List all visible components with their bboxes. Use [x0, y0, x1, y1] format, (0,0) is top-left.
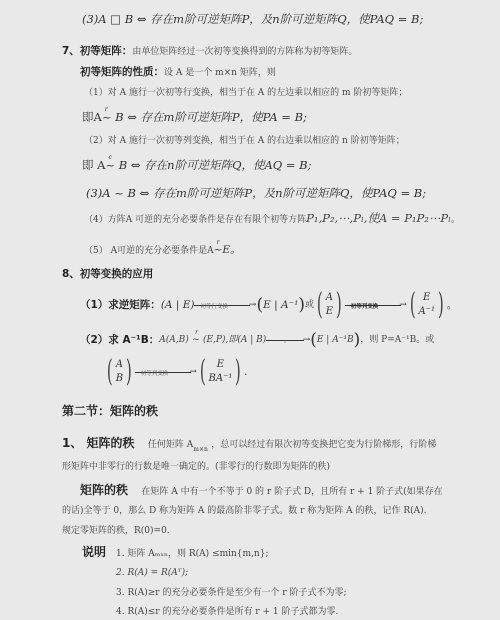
section8-title: 8、初等变换的应用: [62, 267, 153, 281]
note-1: 1. 矩阵 Aₘₓₙ，则 R(A) ≤min{m,n};: [116, 547, 268, 561]
row-equiv-tilde: ~r: [102, 110, 112, 124]
col-equiv-tilde: ~c: [105, 158, 115, 172]
property-1-equation: 即A~r B ⇔ 存在m阶可逆矩阵P，使PA = B;: [82, 110, 307, 124]
inverse-method-row: （1）求逆矩阵： (A | E) →初等行变换 (E | A⁻¹) 或 (AE)…: [80, 288, 457, 322]
property-3: (3)A ~ B ⇔ 存在m阶可逆矩阵P，及n阶可逆矩阵Q，使PAQ = B;: [86, 186, 426, 200]
section7-heading: 7、初等矩阵：由单位矩阵经过一次初等变换得到的方阵称为初等矩阵。: [62, 44, 357, 59]
rank-def-label: 矩阵的秩: [80, 483, 128, 497]
chapter2-title: 第二节：矩阵的秩: [62, 404, 158, 418]
property-1: （1）对 A 施行一次初等行变换，相当于在 A 的左边乘以相应的 m 阶初等矩阵…: [84, 86, 407, 100]
item1-label: （1）求逆矩阵：: [80, 298, 161, 312]
notes-label: 说明: [82, 545, 106, 559]
row-equiv-tilde: ~r: [214, 243, 223, 257]
note-2: 2. R(A) = R(Aᵀ);: [116, 566, 188, 580]
rank-intro-line1: 1、 矩阵的秩 任何矩阵 Am×n ，总可以经过有限次初等变换把它变为行阶梯形，…: [62, 436, 436, 457]
col-transform-arrow-2: →初等列变换: [135, 367, 197, 377]
rank-def-line3: 规定零矩阵的秩，R(0)=0.: [62, 524, 170, 538]
props-heading: 初等矩阵的性质：设 A 是一个 m×n 矩阵，则: [80, 65, 276, 80]
r-arrow: →r: [266, 335, 310, 345]
note-3: 3. R(A)≥r 的充分必要条件是至少有一个 r 阶子式不为零;: [116, 586, 347, 600]
rank-def-line1: 矩阵的秩 在矩阵 A 中有一个不等于 0 的 r 阶子式 D，且所有 r + 1…: [80, 483, 443, 499]
item2-label: （2）求 A⁻¹B：: [80, 333, 159, 347]
matrix-A-E: (AE): [314, 290, 345, 320]
matrix-A-B: (AB): [104, 357, 135, 387]
rank-label: 1、 矩阵的秩: [62, 436, 135, 450]
row-transform-arrow: →初等行变换: [194, 300, 256, 310]
col-transform-arrow: →初等列变换: [345, 300, 407, 310]
equivalence-line-3-top: (3)A □ B ⇔ 存在m阶可逆矩阵P，及n阶可逆矩阵Q，使PAQ = B;: [82, 12, 423, 26]
matrix-E-BAinv: (EBA⁻¹): [197, 357, 244, 387]
props-title: 初等矩阵的性质：: [80, 66, 164, 78]
note-4: 4. R(A)≤r 的充分必要条件是所有 r + 1 阶子式都为零.: [116, 605, 338, 619]
rank-def-line2: 的话)全等于 0，那么 D 称为矩阵 A 的最高阶非零子式。数 r 称为矩阵 A…: [62, 504, 427, 518]
rank-intro-line2: 形矩阵中非零行的行数是唯一确定的。(非零行的行数即为矩阵的秩): [62, 460, 330, 474]
property-4: （4）方阵A 可逆的充分必要条件是存在有限个初等方阵P₁,P₂,⋯,Pₗ,使A …: [84, 211, 460, 227]
matrix-E-Ainv: (EA⁻¹): [407, 290, 447, 320]
property-5: （5） A可逆的充分必要条件是A~rE。: [84, 243, 241, 258]
property-2: （2）对 A 施行一次初等列变换，相当于在 A 的右边乘以相应的 n 阶初等矩阵…: [84, 134, 405, 148]
property-2-equation: 即 A~c B ⇔ 存在n阶可逆矩阵Q，使AQ = B;: [82, 158, 312, 172]
props-body: 设 A 是一个 m×n 矩阵，则: [164, 68, 276, 78]
section7-def: 由单位矩阵经过一次初等变换得到的方阵称为初等矩阵。: [132, 47, 357, 57]
ainvb-column-method: (AB) →初等列变换 (EBA⁻¹) .: [104, 355, 247, 389]
section7-title: 7、初等矩阵：: [62, 45, 132, 57]
ainvb-method-row: （2）求 A⁻¹B： A(A,B) ~r (E,P),即(A | B) →r (…: [80, 330, 434, 350]
